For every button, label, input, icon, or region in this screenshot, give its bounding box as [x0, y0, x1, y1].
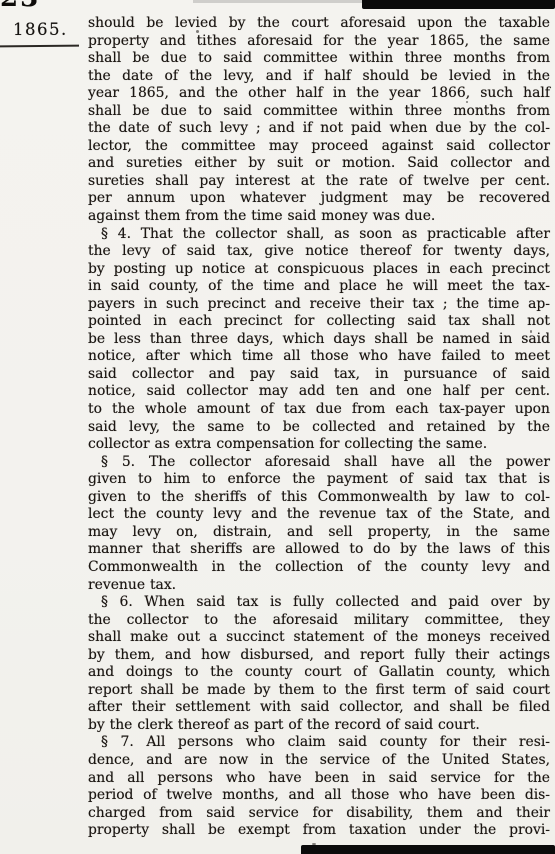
margin-year-label: 1865.: [13, 20, 68, 39]
text-line: be less than three days, which days shal…: [88, 331, 550, 349]
paragraph-section-6: § 6. When said tax is fully collected an…: [88, 594, 550, 734]
text-line: year 1865, and the other half in the yea…: [88, 85, 550, 103]
text-column: should be levied by the court aforesaid …: [88, 15, 550, 840]
text-line: lector, the committee may proceed agains…: [88, 138, 550, 156]
text-line: the collector to the aforesaid military …: [88, 612, 550, 630]
text-line: notice, said collector may add ten and o…: [88, 383, 550, 401]
text-line: collector as extra compensation for coll…: [88, 436, 550, 454]
scan-speck: [530, 330, 532, 333]
text-line: pointed in each precinct for collecting …: [88, 313, 550, 331]
page-number-fragment: 23: [0, 0, 40, 11]
scan-smudge-top: [193, 0, 365, 3]
book-page: 23 1865. should be levied by the court a…: [0, 0, 555, 854]
text-line: by the clerk thereof as part of the reco…: [88, 717, 550, 735]
text-line: should be levied by the court aforesaid …: [88, 15, 550, 33]
text-line: sureties shall pay interest at the rate …: [88, 173, 550, 191]
text-line: property shall be exempt from taxation u…: [88, 822, 550, 840]
paragraph-section-5: § 5. The collector aforesaid shall have …: [88, 454, 550, 594]
scan-artifact-bottom-bar: [301, 845, 555, 854]
text-line: said collector and pay said tax, in purs…: [88, 366, 550, 384]
text-line: payers in such precinct and receive thei…: [88, 296, 550, 314]
text-line: and doings to the county court of Gallat…: [88, 664, 550, 682]
text-line: by posting up notice at conspicuous plac…: [88, 261, 550, 279]
text-line: § 7. All persons who claim said county f…: [88, 734, 550, 752]
text-line: the date of such levy ; and if not paid …: [88, 120, 550, 138]
scan-speck: [196, 30, 199, 33]
text-line: report shall be made by them to the firs…: [88, 682, 550, 700]
text-line: shall be due to said committee within th…: [88, 50, 550, 68]
text-line: § 6. When said tax is fully collected an…: [88, 594, 550, 612]
text-line: after their settlement with said collect…: [88, 699, 550, 717]
text-line: and sureties either by suit or motion. S…: [88, 155, 550, 173]
text-line: the levy of said tax, give notice thereo…: [88, 243, 550, 261]
margin-rule: [0, 45, 79, 48]
text-line: in said county, of the time and place he…: [88, 278, 550, 296]
text-line: notice, after which time all those who h…: [88, 348, 550, 366]
text-line: § 4. That the collector shall, as soon a…: [88, 226, 550, 244]
text-line: may levy on, distrain, and sell property…: [88, 524, 550, 542]
text-line: property and tithes aforesaid for the ye…: [88, 33, 550, 51]
text-line: revenue tax.: [88, 577, 550, 595]
text-line: given to him to enforce the payment of s…: [88, 471, 550, 489]
text-line: given to the sheriffs of this Commonweal…: [88, 489, 550, 507]
text-line: shall make out a succinct statement of t…: [88, 629, 550, 647]
text-line: Commonwealth in the collection of the co…: [88, 559, 550, 577]
page-number-fragment-digits: 23: [0, 0, 40, 11]
text-line: per annum upon whatever judgment may be …: [88, 190, 550, 208]
paragraph-continuation: should be levied by the court aforesaid …: [88, 15, 550, 226]
scan-artifact-top-bar: [362, 0, 555, 9]
text-line: said levy, the same to be collected and …: [88, 419, 550, 437]
text-line: dence, and are now in the service of the…: [88, 752, 550, 770]
text-line: to the whole amount of tax due from each…: [88, 401, 550, 419]
paragraph-section-4: § 4. That the collector shall, as soon a…: [88, 226, 550, 454]
text-line: and all persons who have been in said se…: [88, 770, 550, 788]
text-line: period of twelve months, and all those w…: [88, 787, 550, 805]
text-line: manner that sheriffs are allowed to do b…: [88, 541, 550, 559]
paragraph-section-7: § 7. All persons who claim said county f…: [88, 734, 550, 839]
text-line: § 5. The collector aforesaid shall have …: [88, 454, 550, 472]
text-line: by them, and how disbursed, and report f…: [88, 647, 550, 665]
text-line: the date of the levy, and if half should…: [88, 68, 550, 86]
text-line: lect the county levy and the revenue tax…: [88, 506, 550, 524]
scan-speck: [466, 101, 468, 103]
text-line: shall be due to said committee within th…: [88, 103, 550, 121]
text-line: against them from the time said money wa…: [88, 208, 550, 226]
text-line: charged from said service for disability…: [88, 805, 550, 823]
